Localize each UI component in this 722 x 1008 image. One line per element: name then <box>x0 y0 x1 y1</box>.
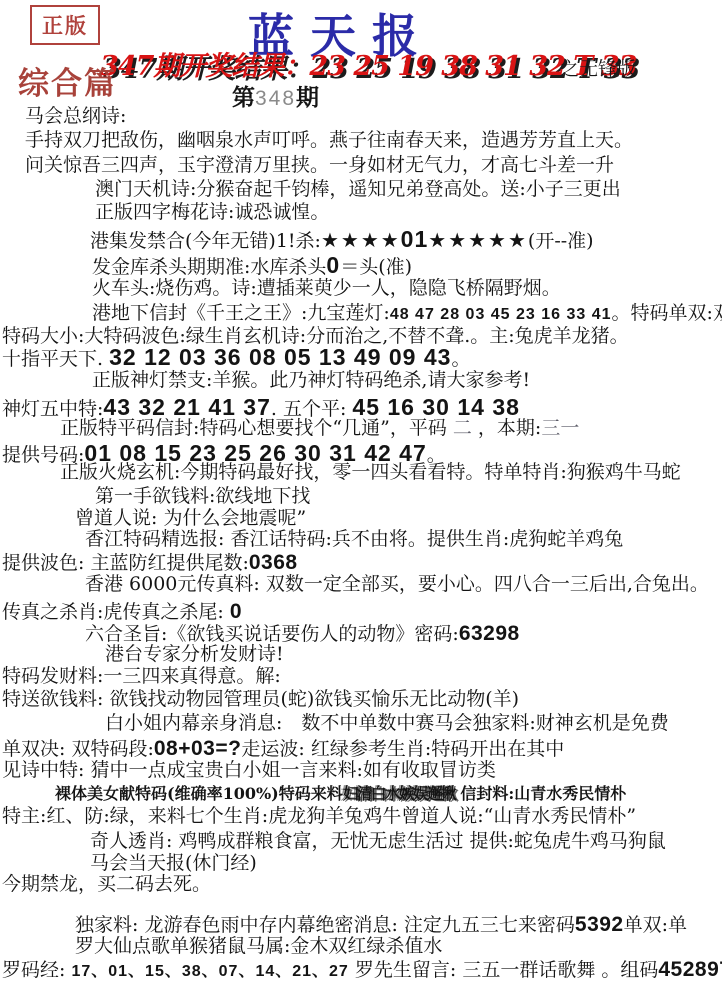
text-line: 独家料: 龙游春色雨中存内幕绝密消息: 注定九五三七来密码5392单双:单 <box>75 913 687 937</box>
text-segment: 港集发禁合(今年无错)1!杀: <box>90 230 321 252</box>
text-line: 马会当天报(休门经) <box>90 853 257 875</box>
text-segment: 第一手欲钱料:欲线地下找 <box>95 485 310 507</box>
text-segment: 发金库杀头期期准:水库杀头 <box>92 256 326 278</box>
section-label: 综合篇 <box>18 58 117 103</box>
text-segment: 信封料:山青水秀民情朴 <box>455 784 626 803</box>
text-line: 正版四字梅花诗:诚恐诚惶。 <box>95 202 329 224</box>
text-segment: 香港 6000元传真料: 双数一定全部买，要小心。四八合一三后出,合兔出。 <box>85 573 709 595</box>
text-segment: 0368 <box>249 551 298 574</box>
text-line: 提供波色: 主蓝防红提供尾数:0368 <box>2 551 298 575</box>
text-line: 第一手欲钱料:欲线地下找 <box>95 486 310 508</box>
text-line: 十指平天下. 32 12 03 36 08 05 13 49 09 43。 <box>2 344 470 371</box>
text-segment: 曾道人说: 为什么会地震呢” <box>75 507 306 529</box>
text-segment: 白小姐内幕亲身消息: 数不中单数中赛马会独家料:财神玄机是免费 <box>105 712 669 734</box>
text-segment: 63298 <box>459 622 520 645</box>
text-segment: 17、01、15、38、07、14、21、27 <box>71 963 348 980</box>
text-segment: 火车头:烧伤鸡。诗:遭插莱萸少一人，隐隐飞桥隔野烟。 <box>92 277 561 299</box>
issue-suffix: 期 <box>296 84 319 111</box>
text-segment: 走运波: 红绿参考生肖:特码开出在其中 <box>241 738 564 760</box>
text-segment: 0 <box>230 600 242 623</box>
text-line: 曾道人说: 为什么会地震呢” <box>75 508 306 530</box>
issue-number: 第348期 <box>232 79 319 112</box>
text-segment: 三一 <box>541 417 579 439</box>
text-segment: 特主:红、防:绿，来料七个生肖:虎龙狗羊兔鸡牛曾道人说:“山青水秀民情朴” <box>2 805 636 827</box>
text-segment: 特送欲钱料: 欲钱找动物园管理员(蛇)欲钱买愉乐无比动物(羊) <box>2 688 519 710</box>
text-segment: 罗大仙点歌单猴猪鼠马属:金木双红绿杀值水 <box>75 935 442 957</box>
text-segment: 妇清白水嫉娱邂揪 <box>343 784 455 803</box>
text-line: 正版特平码信封:特码心想要找个“几通”，平码 二 ，本期:三一 <box>60 418 579 440</box>
edition-label: 之无锋版 <box>560 54 636 81</box>
text-segment: 奇人透肖: 鸡鸭成群粮食富，无忧无虑生活过 提供:蛇兔虎牛鸡马狗鼠 <box>90 830 666 852</box>
text-segment: 452897 <box>658 958 722 981</box>
text-segment: 正版特平码信封:特码心想要找个“几通”，平码 <box>60 417 453 439</box>
text-segment: 罗先生留言: 三五一群话歌舞 。组码 <box>349 959 659 981</box>
text-segment: 六合圣旨:《欲钱买说话要伤人的动物》密码: <box>85 623 459 645</box>
text-segment: 马会当天报(休门经) <box>90 852 257 874</box>
text-line: 香江特码精选报: 香江话特码:兵不由将。提供生肖:虎狗蛇羊鸡兔 <box>85 529 623 551</box>
text-line: 传真之杀肖:虎传真之杀尾: 0 <box>2 600 242 624</box>
text-line: 手持双刀把敌伤，幽咽泉水声叮呼。燕子往南春天来，造遇芳芳直上天。 <box>25 130 633 152</box>
text-line: 单双决: 双特码段:08+03=?走运波: 红绿参考生肖:特码开出在其中 <box>2 737 564 761</box>
text-segment: ＝头(准) <box>340 256 412 278</box>
text-line: 港集发禁合(今年无错)1!杀:★★★★01★★★★★(开--准) <box>90 226 594 253</box>
text-line: 澳门天机诗:分猴奋起千钧棒，遥知兄弟登高处。送:小子三更出 <box>95 179 621 201</box>
issue-number-value: 348 <box>255 87 296 110</box>
text-line: 香港 6000元传真料: 双数一定全部买，要小心。四八合一三后出,合兔出。 <box>85 574 709 596</box>
text-segment: 独家料: 龙游春色雨中存内幕绝密消息: 注定九五三七来密码 <box>75 914 575 936</box>
text-segment: (开--准) <box>528 230 594 252</box>
draw-result-banner: 347期开奖结果：23 25 19 38 31 32 T 33 <box>100 44 636 83</box>
text-line: 火车头:烧伤鸡。诗:遭插莱萸少一人，隐隐飞桥隔野烟。 <box>92 278 561 300</box>
text-line: 今期禁龙，买二码去死。 <box>2 874 211 896</box>
text-segment: ，本期: <box>472 417 541 439</box>
authentic-stamp: 正版 <box>30 5 100 45</box>
text-segment: 提供波色: 主蓝防红提供尾数: <box>2 552 249 574</box>
text-segment: 32 12 03 36 08 05 13 49 09 43 <box>109 344 451 370</box>
issue-prefix: 第 <box>232 84 255 111</box>
text-line: 裸体美女献特码(维确率100%)特码来料妇清白水嫉娱邂揪 信封料:山青水秀民情朴 <box>55 783 626 805</box>
text-line: 正版神灯禁支:羊猴。此乃神灯特码绝杀,请大家参考! <box>92 370 530 392</box>
text-segment: 正版火烧玄机:今期特码最好找，零一四头看看特。特单特肖:狗猴鸡牛马蛇 <box>60 461 681 483</box>
text-segment: 01 <box>401 226 429 252</box>
text-segment: 单双决: 双特码段: <box>2 738 154 760</box>
text-line: 正版火烧玄机:今期特码最好找，零一四头看看特。特单特肖:狗猴鸡牛马蛇 <box>60 462 681 484</box>
text-segment: 48 47 28 03 45 23 16 33 41 <box>390 306 612 323</box>
text-segment: 正版四字梅花诗:诚恐诚惶。 <box>95 201 329 223</box>
text-line: 白小姐内幕亲身消息: 数不中单数中赛马会独家料:财神玄机是免费 <box>105 713 669 735</box>
text-line: 港地下信封《千王之王》:九宝莲灯:48 47 28 03 45 23 16 33… <box>92 303 722 325</box>
text-line: 罗大仙点歌单猴猪鼠马属:金木双红绿杀值水 <box>75 936 442 958</box>
text-line: 特主:红、防:绿，来料七个生肖:虎龙狗羊兔鸡牛曾道人说:“山青水秀民情朴” <box>2 806 636 828</box>
text-line: 发金库杀头期期准:水库杀头0＝头(准) <box>92 252 412 279</box>
text-line: 特送欲钱料: 欲钱找动物园管理员(蛇)欲钱买愉乐无比动物(羊) <box>2 689 519 711</box>
text-segment: 罗码经: <box>2 959 71 981</box>
text-segment: 香江特码精选报: 香江话特码:兵不由将。提供生肖:虎狗蛇羊鸡兔 <box>85 528 623 550</box>
text-segment: 手持双刀把敌伤，幽咽泉水声叮呼。燕子往南春天来，造遇芳芳直上天。 <box>25 129 633 151</box>
text-segment: 十指平天下. <box>2 348 109 370</box>
text-line: 特码发财料:一三四来真得意。解: <box>2 666 281 688</box>
text-segment: 马会总纲诗: <box>25 105 126 127</box>
text-segment: ★★★★ <box>321 228 401 252</box>
text-segment: 二 <box>453 417 472 439</box>
text-segment: 今期禁龙，买二码去死。 <box>2 873 211 895</box>
text-line: 奇人透肖: 鸡鸭成群粮食富，无忧无虑生活过 提供:蛇兔虎牛鸡马狗鼠 <box>90 831 666 853</box>
text-segment: ★★★★★ <box>428 228 528 252</box>
text-line: 见诗中特: 猜中一点成宝贵白小姐一言来料:如有收取冒访类 <box>2 760 496 782</box>
text-segment: 问关惊吾三四声，玉宇澄清万里挟。一身如材无气力，才高七斗差一升 <box>25 154 614 176</box>
text-segment: 。 <box>451 348 470 370</box>
text-segment: 5392 <box>575 913 624 936</box>
text-segment: 特码发财料:一三四来真得意。解: <box>2 665 281 687</box>
text-segment: 。特码单双:双 <box>612 302 722 324</box>
text-segment: 08+03=? <box>154 737 242 760</box>
text-segment: 裸体美女献特码(维确率100%)特码来料 <box>55 784 343 803</box>
text-line: 马会总纲诗: <box>25 106 126 128</box>
newspaper-page: 正版 蓝天报 347期开奖结果：23 25 19 38 31 32 T 33 之… <box>0 0 722 1008</box>
text-segment: 港地下信封《千王之王》:九宝莲灯: <box>92 302 390 324</box>
text-segment: 澳门天机诗:分猴奋起千钧棒，遥知兄弟登高处。送:小子三更出 <box>95 178 621 200</box>
text-segment: 港台专家分析发财诗! <box>105 643 284 665</box>
text-line: 问关惊吾三四声，玉宇澄清万里挟。一身如材无气力，才高七斗差一升 <box>25 155 614 177</box>
text-segment: 正版神灯禁支:羊猴。此乃神灯特码绝杀,请大家参考! <box>92 369 530 391</box>
text-line: 港台专家分析发财诗! <box>105 644 284 666</box>
text-segment: 单双:单 <box>624 914 687 936</box>
text-segment: 0 <box>326 252 340 278</box>
text-segment: 传真之杀肖:虎传真之杀尾: <box>2 601 230 623</box>
text-line: 罗码经: 17、01、15、38、07、14、21、27 罗先生留言: 三五一群… <box>2 958 722 982</box>
text-segment: 见诗中特: 猜中一点成宝贵白小姐一言来料:如有收取冒访类 <box>2 759 496 781</box>
